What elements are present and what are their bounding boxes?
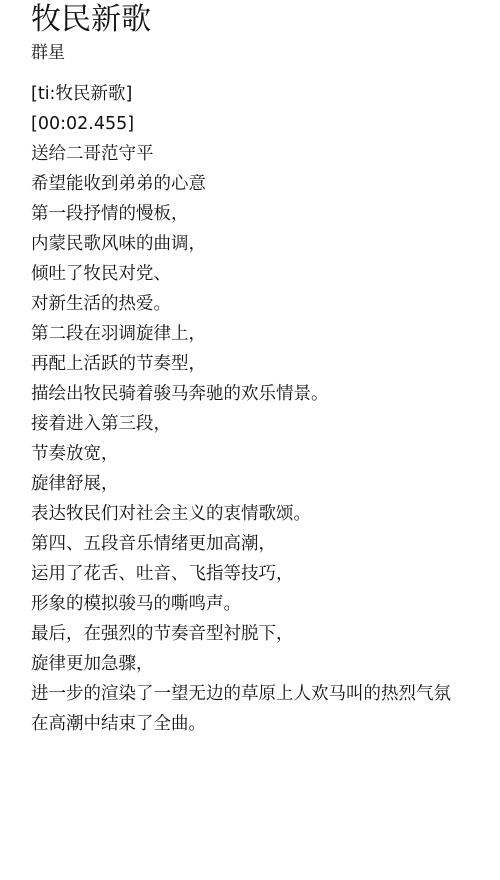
lyric-line: 第四、五段音乐情绪更加高潮， — [31, 529, 500, 559]
lyric-line: 倾吐了牧民对党、 — [31, 259, 500, 289]
lyric-line: [ti:牧民新歌] — [31, 79, 500, 109]
lyrics-page: 牧民新歌 群星 [ti:牧民新歌] [00:02.455] 送给二哥范守平 希望… — [31, 0, 500, 739]
lyric-line: 旋律更加急骤， — [31, 649, 500, 679]
lyric-line: 节奏放宽， — [31, 439, 500, 469]
lyric-line: 希望能收到弟弟的心意 — [31, 169, 500, 199]
lyric-line: 对新生活的热爱。 — [31, 289, 500, 319]
lyric-line: 接着进入第三段， — [31, 409, 500, 439]
lyric-line: 描绘出牧民骑着骏马奔驰的欢乐情景。 — [31, 379, 500, 409]
lyric-line: 第一段抒情的慢板， — [31, 199, 500, 229]
song-title: 牧民新歌 — [31, 1, 500, 39]
lyric-line: 进一步的渲染了一望无边的草原上人欢马叫的热烈气氛 — [31, 679, 500, 709]
lyric-line: 最后，在强烈的节奏音型衬脱下， — [31, 619, 500, 649]
lyric-line: 表达牧民们对社会主义的衷情歌颂。 — [31, 499, 500, 529]
lyric-line: 送给二哥范守平 — [31, 139, 500, 169]
song-artist: 群星 — [31, 42, 500, 64]
lyric-line: 内蒙民歌风味的曲调， — [31, 229, 500, 259]
lyric-line: [00:02.455] — [31, 109, 500, 139]
lyrics-list: [ti:牧民新歌] [00:02.455] 送给二哥范守平 希望能收到弟弟的心意… — [31, 79, 500, 739]
lyric-line: 旋律舒展， — [31, 469, 500, 499]
lyric-line: 形象的模拟骏马的嘶鸣声。 — [31, 589, 500, 619]
lyric-line: 再配上活跃的节奏型， — [31, 349, 500, 379]
lyric-line: 第二段在羽调旋律上， — [31, 319, 500, 349]
lyric-line: 在高潮中结束了全曲。 — [31, 709, 500, 739]
lyric-line: 运用了花舌、吐音、飞指等技巧， — [31, 559, 500, 589]
